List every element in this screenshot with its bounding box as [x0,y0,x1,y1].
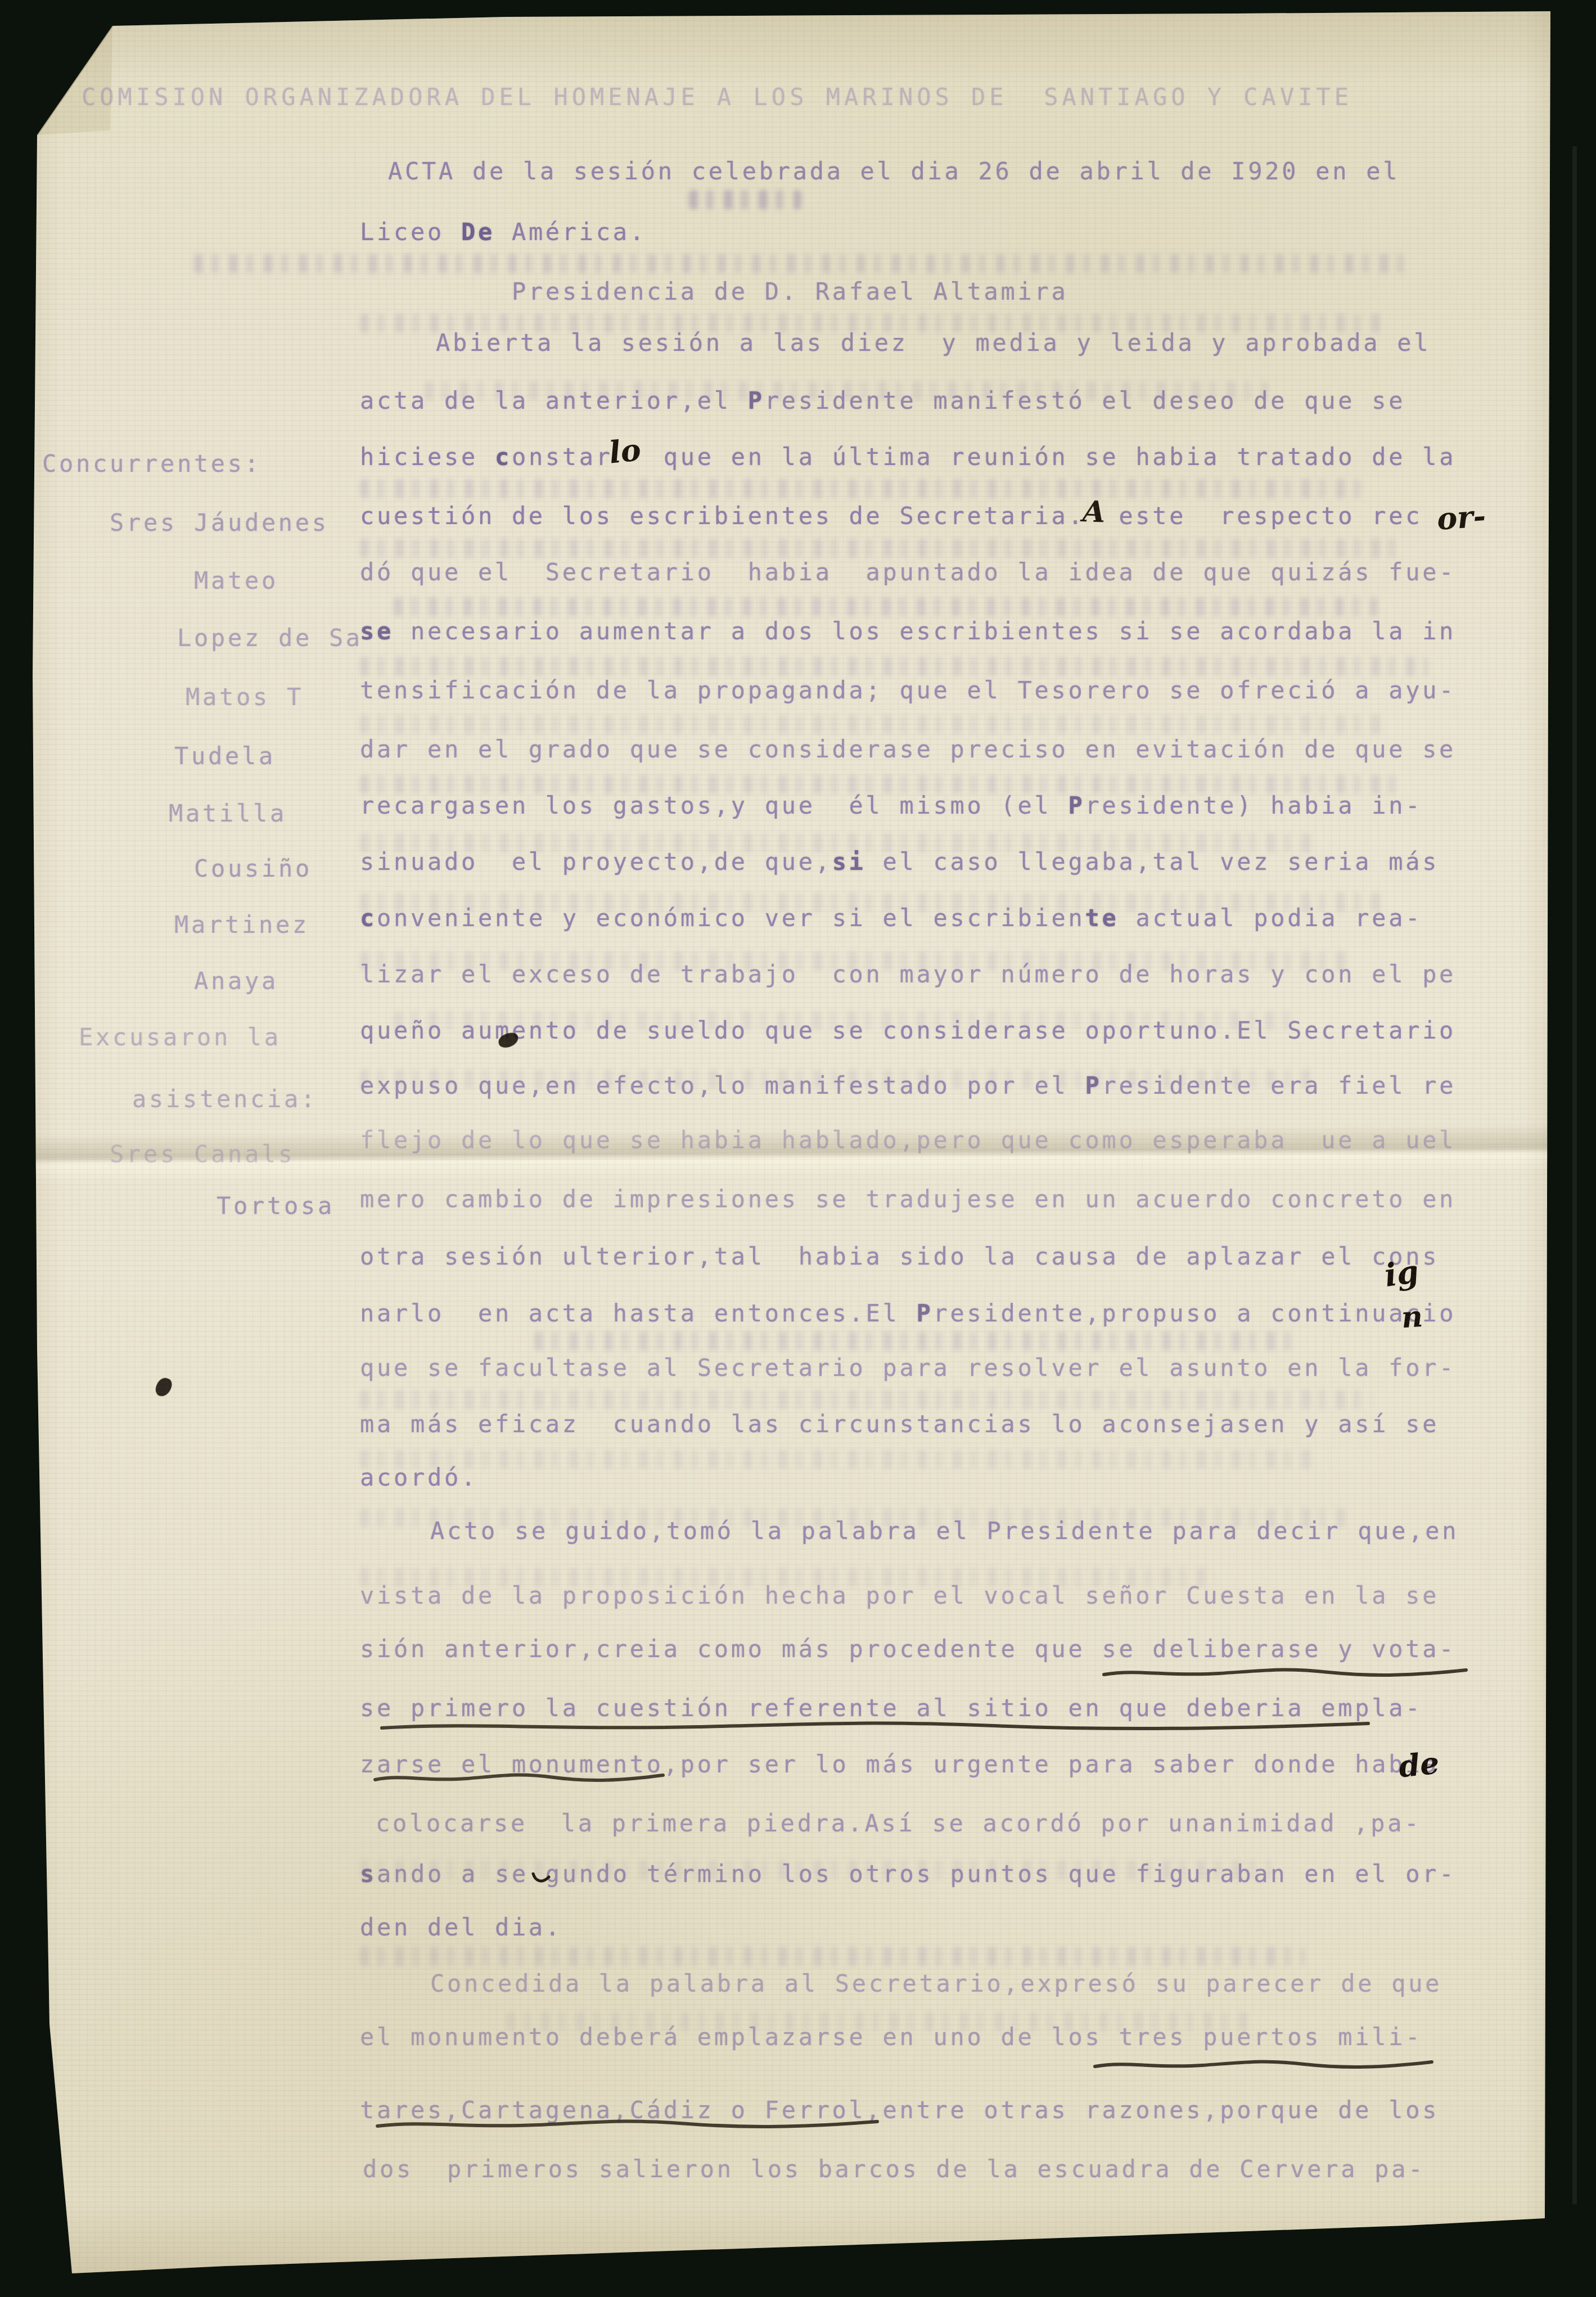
margin-note: Tudela [174,742,276,770]
typed-line: colocarse la primera piedra.Así se acord… [376,1809,1421,1837]
handwritten-insertion: de [1397,1744,1441,1784]
typed-text: el caso llegaba,tal vez seria más [866,848,1440,876]
margin-note: Cousiño [194,855,312,882]
ghost-text-line [360,1390,1372,1409]
handwritten-insertion: or- [1436,498,1487,537]
typed-text: dos primeros salieron los barcos de la e… [363,2155,1425,2183]
typed-text: cuestión de los escribientes de Secretar… [360,502,1085,530]
typed-text: acordó. [360,1464,478,1491]
typed-line: mero cambio de impresiones se tradujese … [360,1185,1456,1213]
typed-text: este respecto rec [1085,502,1422,530]
overstruck-text: c [360,904,377,932]
typed-line: cuestión de los escribientes de Secretar… [360,502,1422,530]
typed-text: sión anterior,creia como más procedente … [360,1635,1456,1663]
ghost-text-line [689,190,801,209]
overstruck-text: s [360,1860,377,1888]
typed-text: Abierta la sesión a las diez y media y l… [436,329,1431,356]
typed-text: residente era fiel re [1102,1072,1456,1099]
typed-line: acta de la anterior,el Presidente manife… [360,387,1405,414]
typed-line: recargasen los gastos,y que él mismo (el… [360,792,1422,819]
overstruck-text: se [360,617,394,645]
typed-line: Liceo De América. [360,218,647,246]
typed-line: Abierta la sesión a las diez y media y l… [436,329,1431,356]
pen-separator-stroke [531,1872,551,1886]
margin-note: Anaya [194,967,278,995]
ink-blot [154,1376,174,1399]
margin-note: Martinez [174,911,309,938]
typed-text: tensificación de la propaganda; que el T… [360,676,1456,704]
typed-text: vista de la proposición hecha por el voc… [360,1582,1439,1609]
overstruck-text: P [1068,792,1085,819]
typed-text: necesario aumentar a dos los escribiente… [394,617,1456,645]
typed-line: flejo de lo que se habia hablado,pero qu… [360,1126,1456,1154]
overstruck-text: P [917,1299,934,1327]
typed-line: que se facultase al Secretario para reso… [360,1354,1456,1382]
typed-text: el monumento deberá emplazarse en uno de… [360,2023,1422,2051]
typed-text: residente) habia in- [1085,792,1422,819]
wavy-underline [1102,1667,1468,1679]
typed-text: onveniente y económico ver si el escribi… [377,904,1085,932]
typed-text: Presidencia de D. Rafael Altamira [512,278,1068,305]
typed-text: expuso que,en efecto,lo manifestado por … [360,1072,1085,1099]
typed-text: se primero la cuestión referente al siti… [360,1694,1422,1722]
typed-text: recargasen los gastos,y que él mismo (el [360,792,1068,819]
typed-line: queño aumento de sueldo que se considera… [360,1017,1456,1044]
typed-text: hiciese [360,443,495,471]
page-heading: COMISION ORGANIZADORA DEL HOMENAJE A LOS… [82,83,1352,111]
typed-line: ACTA de la sesión celebrada el dia 26 de… [388,157,1400,185]
typed-text: mero cambio de impresiones se tradujese … [360,1185,1456,1213]
handwritten-insertion: lo [607,431,643,471]
typed-text: residente manifestó el deseo de que se [765,387,1405,414]
overstruck-text: c [495,443,512,471]
margin-note: Mateo [194,567,278,594]
ghost-text-line [394,597,1378,616]
typed-line: den del dia. [360,1914,562,1941]
typed-line: acordó. [360,1464,478,1491]
typed-line: el monumento deberá emplazarse en uno de… [360,2023,1422,2051]
margin-note: Excusaron la [79,1023,281,1051]
typed-line: narlo en acta hasta entonces.El Presiden… [360,1299,1456,1327]
backdrop-streak [1572,146,1577,2204]
ghost-text-line [360,1450,1316,1469]
typed-text: América. [495,218,647,246]
typed-text: ma más eficaz cuando las circunstancias … [360,1410,1439,1438]
typed-line: tensificación de la propaganda; que el T… [360,676,1456,704]
typed-line: sión anterior,creia como más procedente … [360,1635,1456,1663]
overstruck-text: te [1085,904,1119,932]
typed-line: Concedida la palabra al Secretario,expre… [430,1970,1442,1997]
wavy-underline [373,1772,665,1784]
margin-note: Lopez de Sa [177,624,363,652]
typed-text: acta de la anterior,el [360,387,748,414]
typed-text: residente,propuso a continuacio [934,1299,1457,1327]
typed-text: que se facultase al Secretario para reso… [360,1354,1456,1382]
typed-line: Acto se guido,tomó la palabra el Preside… [430,1517,1459,1545]
typed-text: narlo en acta hasta entonces.El [360,1299,917,1327]
typed-line: conveniente y económico ver si el escrib… [360,904,1422,932]
typed-text: otra sesión ulterior,tal habia sido la c… [360,1243,1439,1270]
overstruck-text: De [461,218,495,246]
typed-text: lizar el exceso de trabajo con mayor núm… [360,960,1456,988]
typed-text: sinuado el proyecto,de que, [360,848,832,876]
typed-text: actual podia rea- [1119,904,1422,932]
margin-note: Concurrentes: [42,450,262,477]
typed-line: dos primeros salieron los barcos de la e… [363,2155,1425,2183]
typed-line: expuso que,en efecto,lo manifestado por … [360,1072,1456,1099]
typed-line: se necesario aumentar a dos los escribie… [360,617,1456,645]
handwritten-insertion: ig [1382,1253,1421,1294]
wavy-underline [376,2118,879,2131]
paper-page: COMISION ORGANIZADORA DEL HOMENAJE A LOS… [0,0,1596,2297]
typed-line: ma más eficaz cuando las circunstancias … [360,1410,1439,1438]
overstruck-text: si [832,848,866,876]
typed-text: dar en el grado que se considerase preci… [360,735,1456,763]
margin-note: asistencia: [132,1085,318,1113]
typed-line: se primero la cuestión referente al siti… [360,1694,1422,1722]
margin-note: Matos T [186,683,304,711]
ghost-text-line [360,657,1428,676]
typed-text: ACTA de la sesión celebrada el dia 26 de… [388,157,1400,185]
ghost-text-line [360,479,1361,498]
margin-note: Sres Jáudenes [110,509,329,536]
typed-text: den del dia. [360,1914,562,1941]
ghost-text-line [534,1332,1293,1351]
typed-text: queño aumento de sueldo que se considera… [360,1017,1456,1044]
typed-line: dó que el Secretario habia apuntado la i… [360,558,1456,586]
ghost-text-line [360,715,1383,734]
typed-line: vista de la proposición hecha por el voc… [360,1582,1439,1609]
wavy-underline [1093,2059,1433,2071]
document-scan: COMISION ORGANIZADORA DEL HOMENAJE A LOS… [0,0,1596,2297]
typed-line: sinuado el proyecto,de que,si el caso ll… [360,848,1439,876]
ghost-text-line [194,254,1414,273]
margin-note: Matilla [169,800,287,827]
typed-text: flejo de lo que se habia hablado,pero qu… [360,1126,1456,1154]
ghost-text-line [360,775,1406,794]
typed-text: Liceo [360,218,461,246]
typed-line: hiciese constar que en la última reunión… [360,443,1456,471]
typed-line: otra sesión ulterior,tal habia sido la c… [360,1243,1439,1270]
ghost-text-line [360,1947,1305,1966]
typed-text: colocarse la primera piedra.Así se acord… [376,1809,1421,1837]
margin-note: Sres Canals [110,1140,295,1168]
typed-line: sando a se gundo término los otros punto… [360,1860,1456,1888]
wavy-underline [380,1720,1370,1732]
typed-line: Presidencia de D. Rafael Altamira [512,278,1068,305]
typed-text: que en la última reunión se habia tratad… [630,443,1456,471]
typed-text: dó que el Secretario habia apuntado la i… [360,558,1456,586]
typed-line: dar en el grado que se considerase preci… [360,735,1456,763]
typed-line: lizar el exceso de trabajo con mayor núm… [360,960,1456,988]
typed-text: Acto se guido,tomó la palabra el Preside… [430,1517,1459,1545]
overstruck-text: P [1085,1072,1102,1099]
overstruck-text: P [748,387,765,414]
handwritten-insertion: A [1082,494,1106,529]
typed-text: Concedida la palabra al Secretario,expre… [430,1970,1442,1997]
handwritten-insertion: n [1400,1299,1424,1335]
ghost-text-line [360,539,1406,558]
margin-note: Tortosa [217,1192,335,1220]
